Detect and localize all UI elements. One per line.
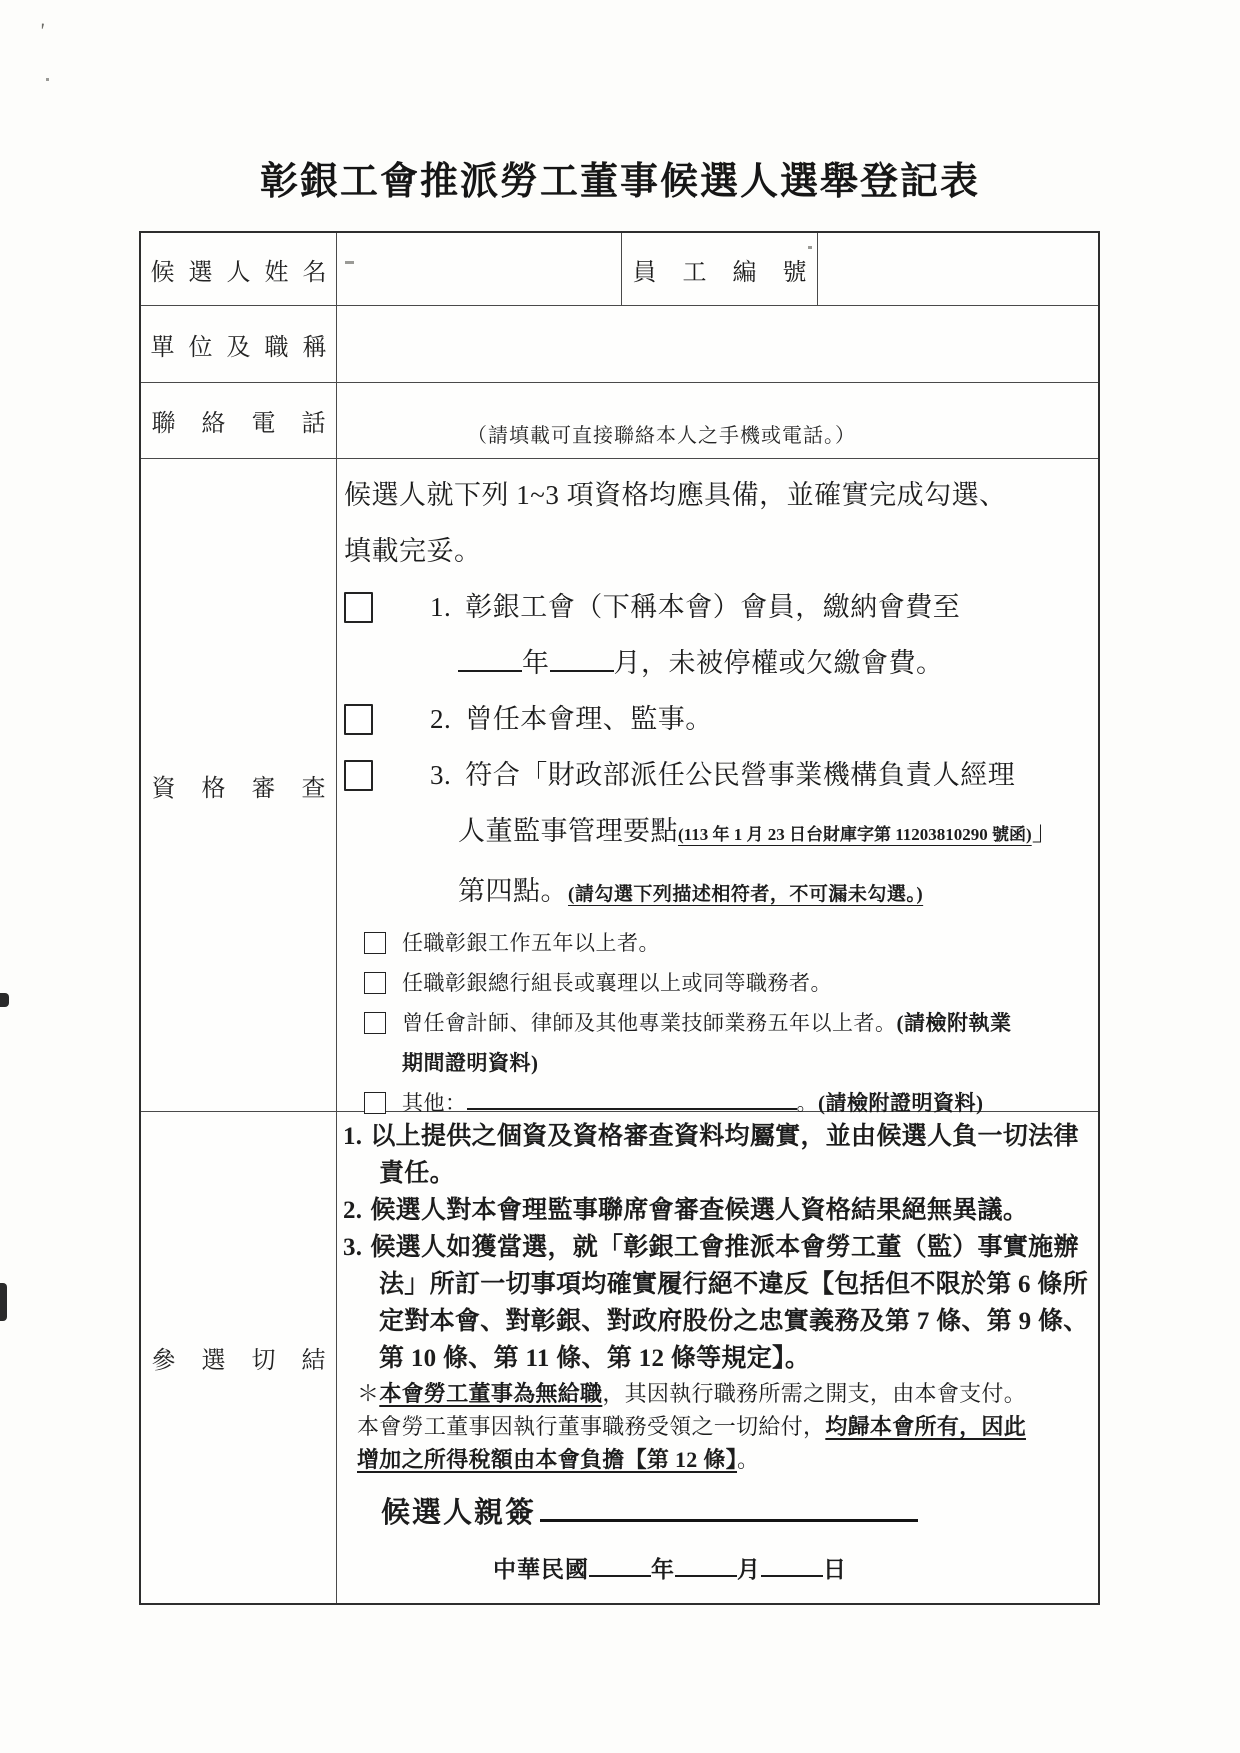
item3-checkbox[interactable] — [344, 760, 373, 791]
item1-text: 彰銀工會（下稱本會）會員，繳納會費至 — [465, 592, 960, 622]
row-unit-title: 單位及職稱 — [141, 306, 1098, 383]
contact-phone-label: 聯絡電話 — [141, 383, 337, 458]
scan-artifact-edge-mark-2 — [0, 1283, 7, 1321]
employee-id-field[interactable] — [818, 233, 1098, 305]
date-month-blank[interactable] — [675, 1552, 737, 1577]
scan-artifact-dash — [345, 261, 354, 264]
attach-license-note-line1: (請檢附執業 — [897, 1011, 1012, 1035]
pledge-item-3: 3.候選人如獲當選，就「彰銀工會推派本會勞工董（監）事實施辦法」所訂一切事項均確… — [343, 1229, 1092, 1377]
item2-number: 2. — [430, 704, 465, 734]
item3-text-line3: 第四點。(請勾選下列描述相符者，不可漏未勾選。) — [430, 863, 1059, 923]
unit-title-field[interactable] — [337, 306, 1098, 382]
membership-year-blank[interactable] — [458, 643, 522, 672]
date-day-blank[interactable] — [761, 1552, 823, 1577]
candidate-name-field[interactable] — [337, 233, 622, 305]
ministry-directive-citation: (113 年 1 月 23 日台財庫字第 11203810290 號函) — [678, 825, 1032, 844]
membership-month-blank[interactable] — [550, 643, 614, 672]
union-ownership-emphasis: 均歸本會所有，因此 — [825, 1414, 1026, 1439]
sub-item-professional: 曾任會計師、律師及其他專業技師業務五年以上者。(請檢附執業 期間證明資料) — [344, 1003, 1094, 1083]
item3-text-line2: 人董監事管理要點(113 年 1 月 23 日台財庫字第 11203810290… — [430, 803, 1059, 863]
item3-check-instruction: (請勾選下列描述相符者，不可漏未勾選。) — [568, 884, 923, 905]
date-row: 中華民國年月日 — [343, 1551, 1092, 1584]
row-pledge: 參選切結 1.以上提供之個資及資格審查資料均屬實，並由候選人負一切法律責任。 2… — [141, 1112, 1098, 1603]
scan-artifact-dot-2 — [46, 78, 49, 81]
pledge-note-line3: 增加之所得稅額由本會負擔【第 12 條】。 — [357, 1443, 1092, 1476]
unpaid-position-emphasis: 本會勞工董事為無給職 — [379, 1381, 602, 1406]
form-title: 彰銀工會推派勞工董事候選人選舉登記表 — [0, 150, 1240, 205]
scan-artifact-edge-mark-1 — [0, 993, 9, 1007]
item3-text-line1: 符合「財政部派任公民營事業機構負責人經理 — [465, 760, 1015, 790]
item2-checkbox[interactable] — [344, 704, 373, 735]
contact-phone-field[interactable]: （請填載可直接聯絡本人之手機或電話。） — [337, 383, 1098, 458]
item1-fill-line: 年月，未被停權或欠繳會費。 — [430, 635, 960, 691]
pledge-item-1: 1.以上提供之個資及資格審查資料均屬實，並由候選人負一切法律責任。 — [343, 1118, 1092, 1192]
unit-title-label: 單位及職稱 — [141, 306, 337, 382]
row-qualification: 資格審查 候選人就下列 1~3 項資格均應具備，並確實完成勾選、 填載完妥。 1… — [141, 459, 1098, 1112]
pledge-note-line1: ＊本會勞工董事為無給職，其因執行職務所需之開支，由本會支付。 — [357, 1377, 1092, 1410]
qualification-item-3: 3.符合「財政部派任公民營事業機構負責人經理 人董監事管理要點(113 年 1 … — [344, 747, 1094, 923]
pledge-note-line2: 本會勞工董事因執行董事職務受領之一切給付，均歸本會所有，因此 — [357, 1410, 1092, 1443]
sub-item-position: 任職彰銀總行組長或襄理以上或同等職務者。 — [344, 963, 1094, 1003]
row-candidate-name: 候選人姓名 員工編號 — [141, 233, 1098, 306]
item3-number: 3. — [430, 760, 465, 790]
qualification-content: 候選人就下列 1~3 項資格均應具備，並確實完成勾選、 填載完妥。 1.彰銀工會… — [337, 459, 1098, 1111]
contact-phone-hint: （請填載可直接聯絡本人之手機或電話。） — [337, 419, 856, 458]
row-contact-phone: 聯絡電話 （請填載可直接聯絡本人之手機或電話。） — [141, 383, 1098, 459]
other-qualification-blank[interactable] — [467, 1087, 797, 1110]
date-year-blank[interactable] — [589, 1552, 651, 1577]
registration-form-table: 候選人姓名 員工編號 單位及職稱 聯絡電話 （請填載可直接聯絡本人之手機或電話。… — [139, 231, 1100, 1605]
qualification-section-label: 資格審查 — [141, 459, 337, 1111]
signature-row: 候選人親簽 — [343, 1490, 1092, 1531]
qualification-item-2: 2.曾任本會理、監事。 — [344, 691, 1094, 747]
employee-id-label: 員工編號 — [622, 233, 818, 305]
tax-burden-emphasis: 增加之所得稅額由本會負擔【第 12 條】 — [357, 1447, 737, 1472]
item2-text: 曾任本會理、監事。 — [465, 704, 713, 734]
sub-checkbox-position[interactable] — [364, 972, 386, 994]
qualification-intro: 候選人就下列 1~3 項資格均應具備，並確實完成勾選、 填載完妥。 — [344, 467, 1094, 579]
sub-item-tenure: 任職彰銀工作五年以上者。 — [344, 923, 1094, 963]
sub-checkbox-professional[interactable] — [364, 1012, 386, 1034]
sub-checkbox-tenure[interactable] — [364, 932, 386, 954]
sub-checkbox-other[interactable] — [364, 1092, 386, 1114]
signature-label: 候選人親簽 — [381, 1497, 536, 1529]
scanned-registration-form: ' 彰銀工會推派勞工董事候選人選舉登記表 候選人姓名 員工編號 單位及職稱 聯絡… — [0, 0, 1240, 1753]
qualification-item-1: 1.彰銀工會（下稱本會）會員，繳納會費至 年月，未被停權或欠繳會費。 — [344, 579, 1094, 691]
item1-checkbox[interactable] — [344, 592, 373, 623]
item1-number: 1. — [430, 592, 465, 622]
signature-blank[interactable] — [540, 1490, 918, 1522]
pledge-note: ＊本會勞工董事為無給職，其因執行職務所需之開支，由本會支付。 本會勞工董事因執行… — [343, 1377, 1092, 1476]
attach-license-note-line2: 期間證明資料) — [402, 1043, 1012, 1083]
scan-artifact-dot-1 — [808, 246, 812, 249]
pledge-content: 1.以上提供之個資及資格審查資料均屬實，並由候選人負一切法律責任。 2.候選人對… — [337, 1112, 1098, 1603]
pledge-item-2: 2.候選人對本會理監事聯席會審查候選人資格結果絕無異議。 — [343, 1192, 1092, 1229]
scan-artifact-mark: ' — [38, 18, 46, 44]
candidate-name-label: 候選人姓名 — [141, 233, 337, 305]
pledge-section-label: 參選切結 — [141, 1112, 337, 1603]
